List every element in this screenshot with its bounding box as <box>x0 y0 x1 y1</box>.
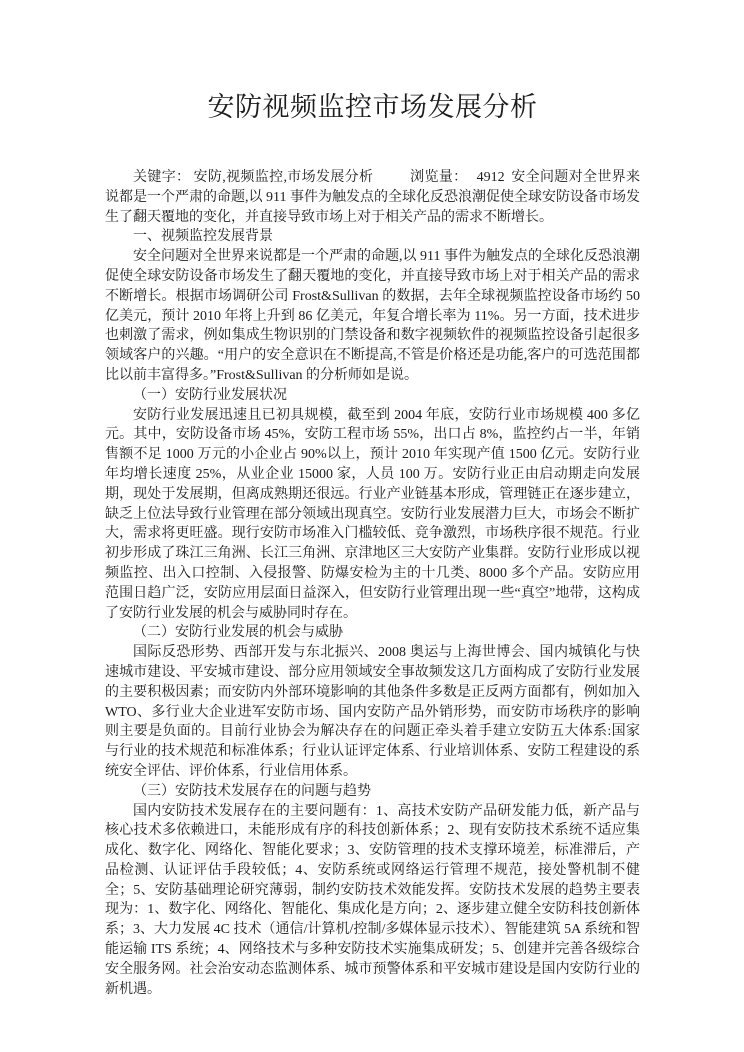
page-title: 安防视频监控市场发展分析 <box>105 90 640 124</box>
views-count: 4912 <box>477 170 505 185</box>
section-body: 国际反恐形势、西部开发与东北振兴、2008 奥运与上海世博会、国内城镇化与快速城… <box>105 643 640 782</box>
section-body: 安防行业发展迅速且已初具规模，截至到 2004 年底，安防行业市场规模 400 … <box>105 406 640 624</box>
section-video-surveillance-background: 一、视频监控发展背景 安全问题对全世界来说都是一个严肃的命题,以 911 事件为… <box>105 227 640 385</box>
section-heading: （二）安防行业发展的机会与威胁 <box>105 623 640 643</box>
section-heading: 一、视频监控发展背景 <box>105 227 640 247</box>
section-heading: （一）安防行业发展状况 <box>105 386 640 406</box>
meta-paragraph: 关键字：安防,视频监控,市场发展分析浏览量：4912安全问题对全世界来说都是一个… <box>105 168 640 227</box>
views-label: 浏览量： <box>410 170 468 185</box>
section-body: 国内安防技术发展存在的主要问题有：1、高技术安防产品研发能力低，新产品与核心技术… <box>105 802 640 1000</box>
section-industry-development-status: （一）安防行业发展状况 安防行业发展迅速且已初具规模，截至到 2004 年底，安… <box>105 386 640 624</box>
document-page: 安防视频监控市场发展分析 关键字：安防,视频监控,市场发展分析浏览量：4912安… <box>0 0 744 1052</box>
keywords-label: 关键字： <box>133 170 190 185</box>
keywords-value: 安防,视频监控,市场发展分析 <box>193 170 373 185</box>
section-technology-problems-trends: （三）安防技术发展存在的问题与趋势 国内安防技术发展存在的主要问题有：1、高技术… <box>105 782 640 1000</box>
section-opportunities-threats: （二）安防行业发展的机会与威胁 国际反恐形势、西部开发与东北振兴、2008 奥运… <box>105 623 640 781</box>
section-heading: （三）安防技术发展存在的问题与趋势 <box>105 782 640 802</box>
section-body: 安全问题对全世界来说都是一个严肃的命题,以 911 事件为触发点的全球化反恐浪潮… <box>105 247 640 386</box>
